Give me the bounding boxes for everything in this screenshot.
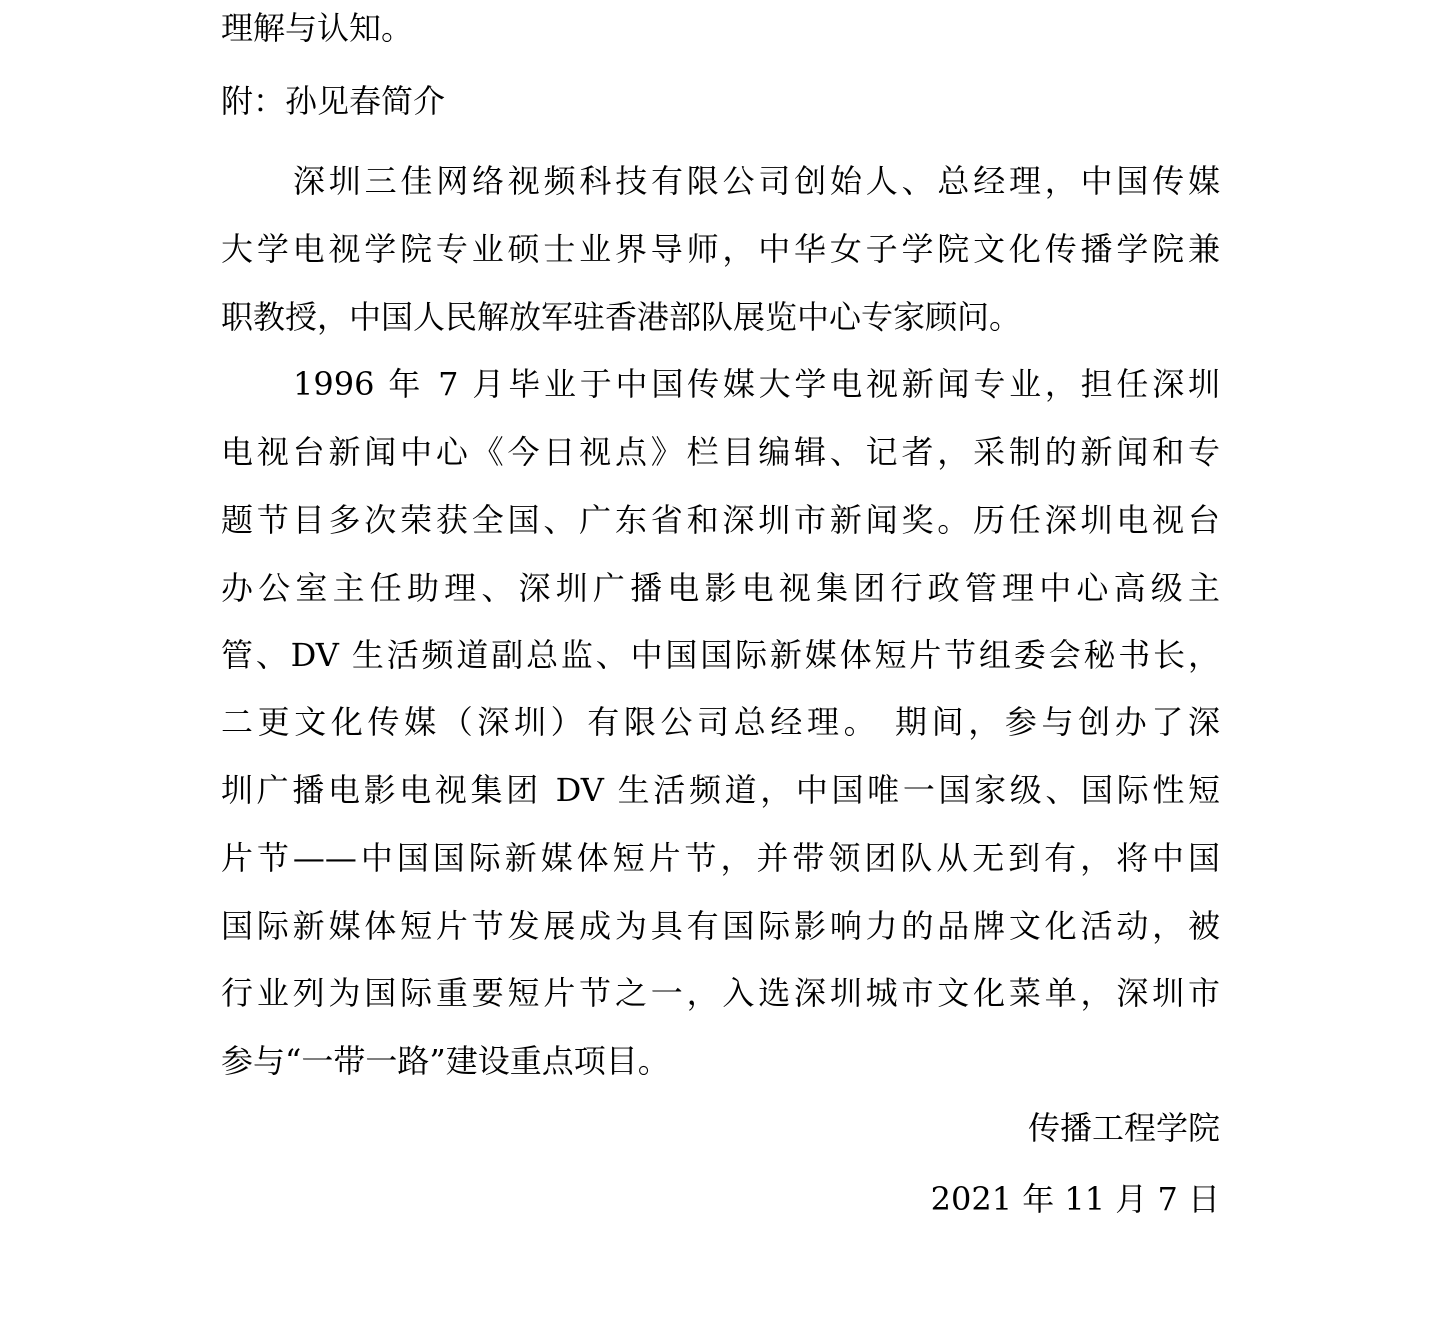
paragraph-line: 深圳三佳网络视频科技有限公司创始人、总经理，中国传媒: [293, 156, 1220, 206]
paragraph-line: 片节——中国国际新媒体短片节，并带领团队从无到有，将中国: [221, 833, 1220, 883]
paragraph-line: 二更文化传媒（深圳）有限公司总经理。 期间，参与创办了深: [221, 697, 1220, 747]
paragraph-line: 题节目多次荣获全国、广东省和深圳市新闻奖。历任深圳电视台: [221, 495, 1220, 545]
signature-date: 2021 年 11 月 7 日: [221, 1174, 1220, 1224]
paragraph-line: 办公室主任助理、深圳广播电影电视集团行政管理中心高级主: [221, 563, 1220, 613]
signature-organization: 传播工程学院: [221, 1103, 1220, 1153]
paragraph-line: 大学电视学院专业硕士业界导师，中华女子学院文化传播学院兼: [221, 224, 1220, 274]
paragraph-line: 管、DV 生活频道副总监、中国国际新媒体短片节组委会秘书长，: [221, 630, 1220, 680]
appendix-title: 附：孙见春简介: [221, 76, 1220, 126]
paragraph-line: 参与“一带一路”建设重点项目。: [221, 1036, 1220, 1086]
paragraph-line: 圳广播电影电视集团 DV 生活频道，中国唯一国家级、国际性短: [221, 765, 1220, 815]
paragraph-line: 职教授，中国人民解放军驻香港部队展览中心专家顾问。: [221, 292, 1220, 342]
paragraph-line: 电视台新闻中心《今日视点》栏目编辑、记者，采制的新闻和专: [221, 427, 1220, 477]
paragraph-line: 行业列为国际重要短片节之一，入选深圳城市文化菜单，深圳市: [221, 968, 1220, 1018]
opening-fragment: 理解与认知。: [221, 3, 1220, 53]
paragraph-line: 国际新媒体短片节发展成为具有国际影响力的品牌文化活动，被: [221, 901, 1220, 951]
paragraph-line: 1996 年 7 月毕业于中国传媒大学电视新闻专业，担任深圳: [293, 359, 1220, 409]
